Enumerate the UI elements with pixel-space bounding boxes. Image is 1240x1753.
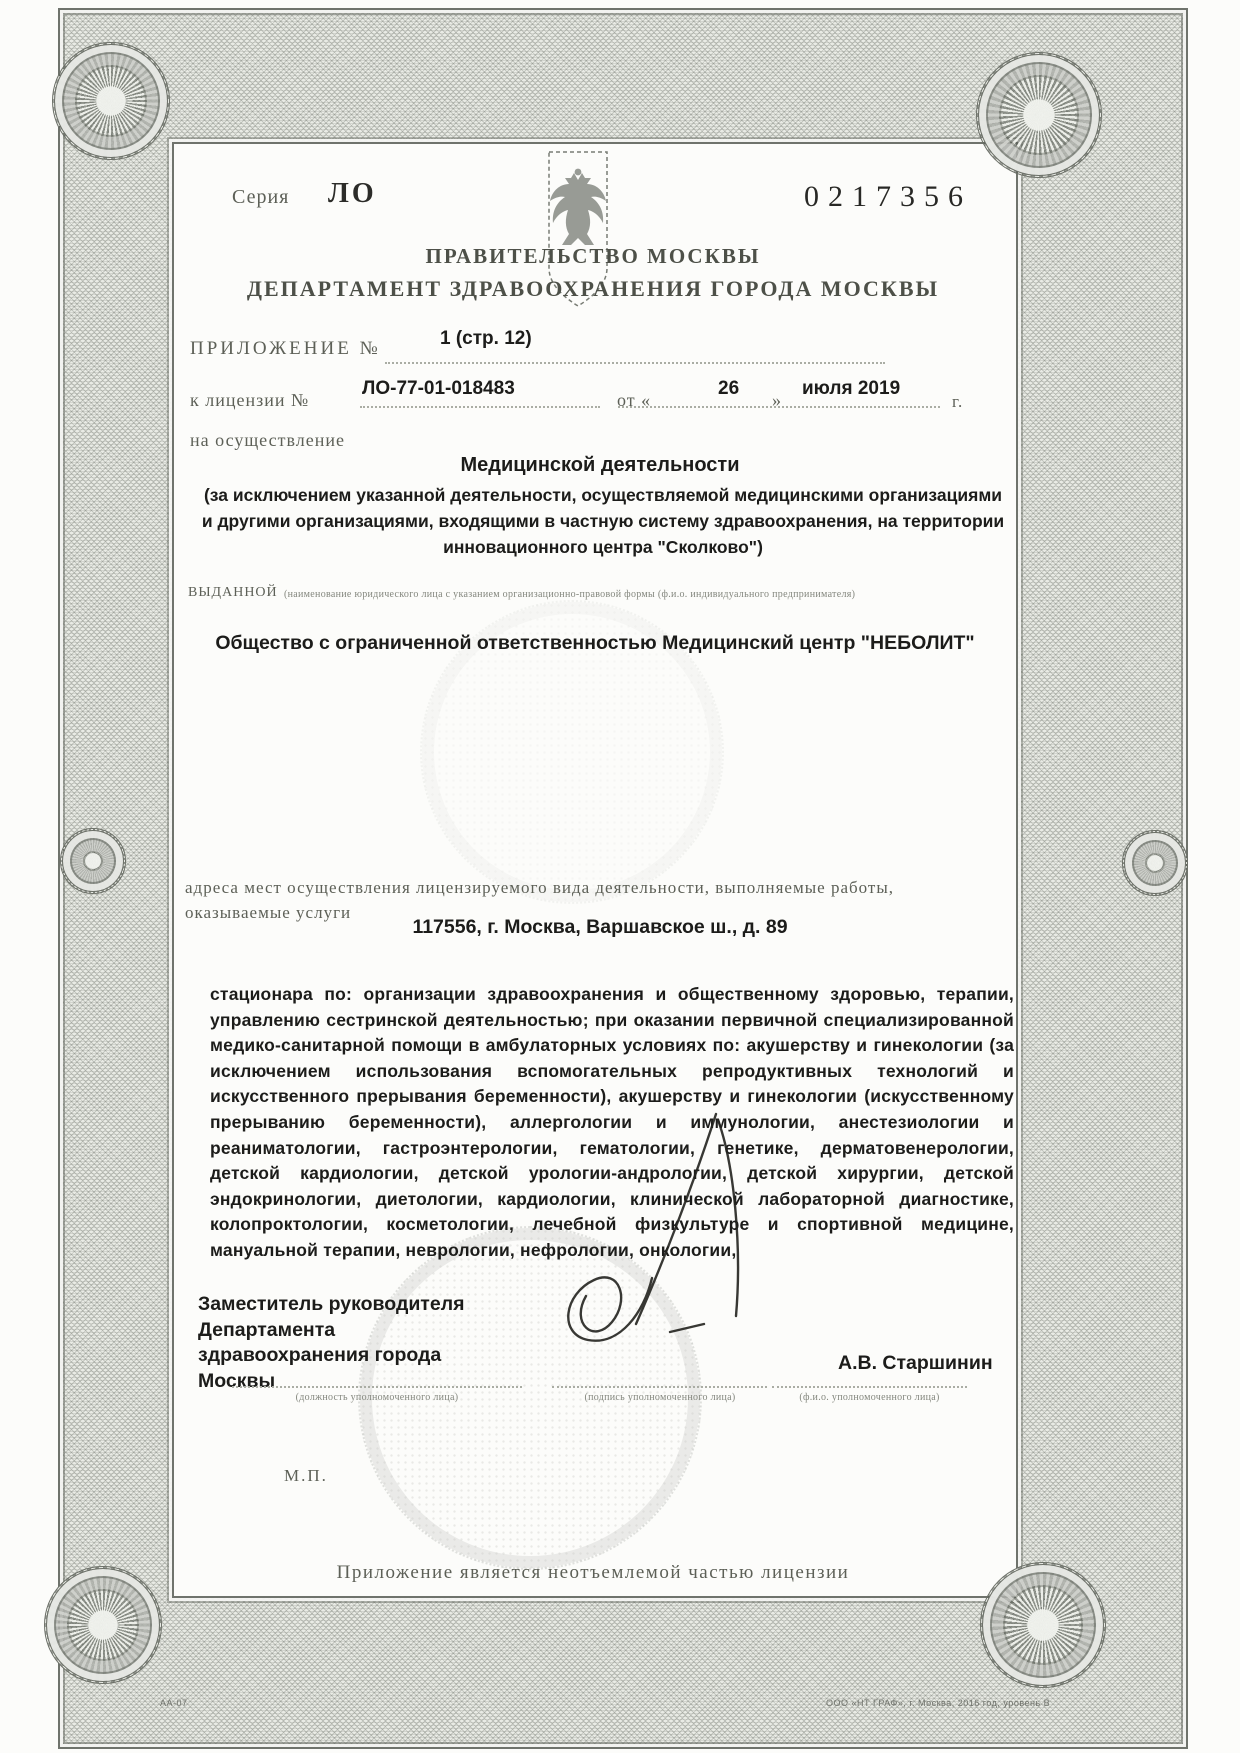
seal-place-label: М.П. xyxy=(284,1466,328,1486)
appendix-number: 1 (стр. 12) xyxy=(440,328,532,350)
activity-title: Медицинской деятельности xyxy=(200,454,1000,477)
corner-rosette-top-right-icon xyxy=(976,52,1102,178)
print-code: АА-07 xyxy=(160,1698,188,1708)
caption-signature: (подпись уполномоченного лица) xyxy=(540,1392,780,1403)
printer-info: ООО «НТ ГРАФ», г. Москва, 2016 год, уров… xyxy=(826,1698,1050,1708)
edge-rosette-right-icon xyxy=(1122,830,1188,896)
activity-note: (за исключением указанной деятельности, … xyxy=(198,482,1008,560)
organization-name: Общество с ограниченной ответственностью… xyxy=(180,632,1010,655)
corner-rosette-top-left-icon xyxy=(52,42,170,160)
date-day: 26 xyxy=(718,378,739,400)
issued-caption: (наименование юридического лица с указан… xyxy=(284,589,1004,600)
series-value: ЛО xyxy=(328,178,377,210)
license-appendix-page: Серия ЛО 0217356 ПРАВИТЕЛЬСТВО МОСКВЫ ДЕ… xyxy=(0,0,1240,1753)
department-title: ДЕПАРТАМЕНТ ЗДРАВООХРАНЕНИЯ ГОРОДА МОСКВ… xyxy=(172,276,1014,302)
caption-name: (ф.и.о. уполномоченного лица) xyxy=(762,1392,977,1403)
series-label: Серия xyxy=(232,186,289,209)
dotted-underline xyxy=(385,362,885,364)
license-no-label: к лицензии № xyxy=(190,390,309,411)
edge-rosette-left-icon xyxy=(60,828,126,894)
dotted-underline xyxy=(552,1386,767,1388)
signer-position: Заместитель руководителя Департамента зд… xyxy=(198,1292,464,1394)
appendix-label: ПРИЛОЖЕНИЕ № xyxy=(190,338,381,360)
footer-note: Приложение является неотъемлемой частью … xyxy=(172,1562,1014,1584)
signer-name: А.В. Старшинин xyxy=(838,1352,993,1375)
activity-label: на осуществление xyxy=(190,430,345,451)
dotted-underline xyxy=(618,406,940,408)
date-month-year: июля 2019 xyxy=(802,378,900,400)
dotted-underline xyxy=(772,1386,967,1388)
corner-rosette-bottom-left-icon xyxy=(44,1566,162,1684)
address-value: 117556, г. Москва, Варшавское ш., д. 89 xyxy=(200,916,1000,939)
license-no-value: ЛО-77-01-018483 xyxy=(362,378,515,400)
caption-position: (должность уполномоченного лица) xyxy=(232,1392,522,1403)
dotted-underline xyxy=(360,406,600,408)
signature-stroke xyxy=(520,1080,810,1370)
government-title: ПРАВИТЕЛЬСТВО МОСКВЫ xyxy=(172,244,1014,269)
issued-label: выданной xyxy=(188,585,278,601)
date-year-suffix: г. xyxy=(952,392,963,412)
license-serial-number: 0217356 xyxy=(804,180,972,214)
dotted-underline xyxy=(232,1386,522,1388)
